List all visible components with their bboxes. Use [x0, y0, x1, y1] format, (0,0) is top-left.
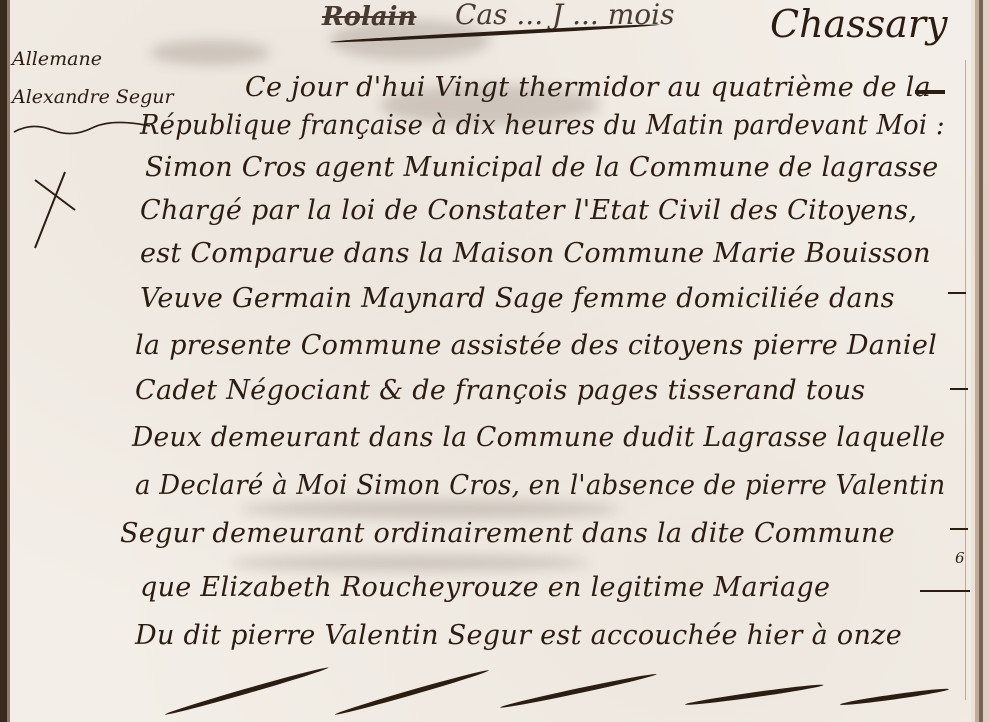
- margin-cross-mark-icon: [30, 170, 80, 250]
- closing-stroke: [164, 665, 329, 717]
- closing-stroke: [840, 687, 950, 707]
- margin-flourish-icon: [12, 118, 152, 138]
- record-line-5: est Comparue dans la Maison Commune Mari…: [140, 238, 931, 269]
- margin-dash: [950, 528, 968, 530]
- closing-stroke: [499, 672, 657, 710]
- margin-dash: [915, 90, 945, 94]
- record-line-10: a Declaré à Moi Simon Cros, en l'absence…: [135, 470, 945, 501]
- closing-stroke: [685, 683, 824, 707]
- record-line-1: Ce jour d'hui Vingt thermidor au quatriè…: [245, 72, 931, 103]
- record-line-13: Du dit pierre Valentin Segur est accouch…: [135, 620, 902, 651]
- record-line-11: Segur demeurant ordinairement dans la di…: [120, 518, 895, 549]
- record-line-8: Cadet Négociant & de françois pages tiss…: [135, 375, 865, 406]
- page-number: 6: [955, 549, 965, 567]
- page-left-edge: [0, 0, 10, 722]
- record-line-12: que Elizabeth Roucheyrouze en legitime M…: [140, 572, 830, 603]
- ink-smudge: [150, 40, 270, 65]
- margin-dash: [948, 292, 966, 294]
- record-line-6: Veuve Germain Maynard Sage femme domicil…: [140, 283, 895, 314]
- margin-name-1: Allemane: [12, 48, 102, 70]
- ink-smudge: [230, 555, 590, 571]
- header-crossed-word: Rolain: [322, 2, 416, 32]
- record-line-3: Simon Cros agent Municipal de la Commune…: [145, 152, 939, 183]
- margin-dash: [950, 388, 968, 390]
- page-right-edge: [971, 0, 989, 722]
- margin-name-2: Alexandre Segur: [12, 86, 174, 108]
- margin-dash: [920, 590, 970, 592]
- right-margin-rule: [965, 60, 966, 700]
- record-line-9: Deux demeurant dans la Commune dudit Lag…: [132, 422, 945, 453]
- signature-chassary: Chassary: [770, 2, 948, 46]
- ink-smudge: [240, 500, 620, 518]
- record-line-2: République française à dix heures du Mat…: [140, 110, 945, 141]
- record-line-7: la presente Commune assistée des citoyen…: [135, 330, 937, 361]
- closing-stroke: [334, 668, 489, 717]
- document-page: Rolain Cas ... J ... mois Chassary Allem…: [0, 0, 989, 722]
- record-line-4: Chargé par la loi de Constater l'Etat Ci…: [140, 195, 917, 226]
